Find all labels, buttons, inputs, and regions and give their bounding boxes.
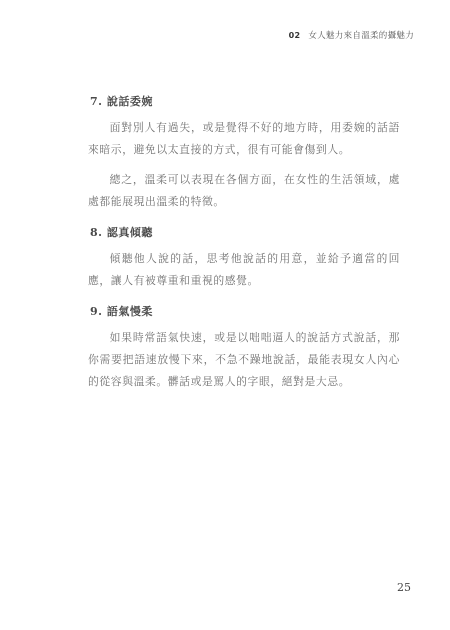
paragraph: 傾聽他人說的話，思考他說話的用意，並給予適當的回應，讓人有被尊重和重視的感覺。 bbox=[76, 248, 400, 292]
running-header: 02 女人魅力來自溫柔的攝魅力 bbox=[289, 29, 414, 41]
section-heading: 7. 說話委婉 bbox=[88, 92, 400, 112]
paragraph: 總之，溫柔可以表現在各個方面，在女性的生活領域，處處都能展現出溫柔的特徵。 bbox=[76, 169, 400, 213]
page-number: 25 bbox=[397, 581, 411, 594]
book-page: 02 女人魅力來自溫柔的攝魅力 7. 說話委婉 面對別人有過失，或是覺得不好的地… bbox=[0, 0, 450, 630]
paragraph: 面對別人有過失，或是覺得不好的地方時，用委婉的話語來暗示，避免以太直接的方式，很… bbox=[76, 117, 400, 161]
chapter-number: 02 bbox=[289, 31, 301, 40]
paragraph: 如果時常語氣快速，或是以咄咄逼人的說話方式說話，那你需要把語速放慢下來，不急不躁… bbox=[76, 327, 400, 393]
section-9: 9. 語氣慢柔 如果時常語氣快速，或是以咄咄逼人的說話方式說話，那你需要把語速放… bbox=[88, 302, 400, 393]
page-body: 7. 說話委婉 面對別人有過失，或是覺得不好的地方時，用委婉的話語來暗示，避免以… bbox=[88, 92, 400, 393]
section-7: 7. 說話委婉 面對別人有過失，或是覺得不好的地方時，用委婉的話語來暗示，避免以… bbox=[88, 92, 400, 213]
section-heading: 8. 認真傾聽 bbox=[88, 223, 400, 243]
section-8: 8. 認真傾聽 傾聽他人說的話，思考他說話的用意，並給予適當的回應，讓人有被尊重… bbox=[88, 223, 400, 292]
chapter-title: 女人魅力來自溫柔的攝魅力 bbox=[308, 31, 414, 41]
section-heading: 9. 語氣慢柔 bbox=[88, 302, 400, 322]
